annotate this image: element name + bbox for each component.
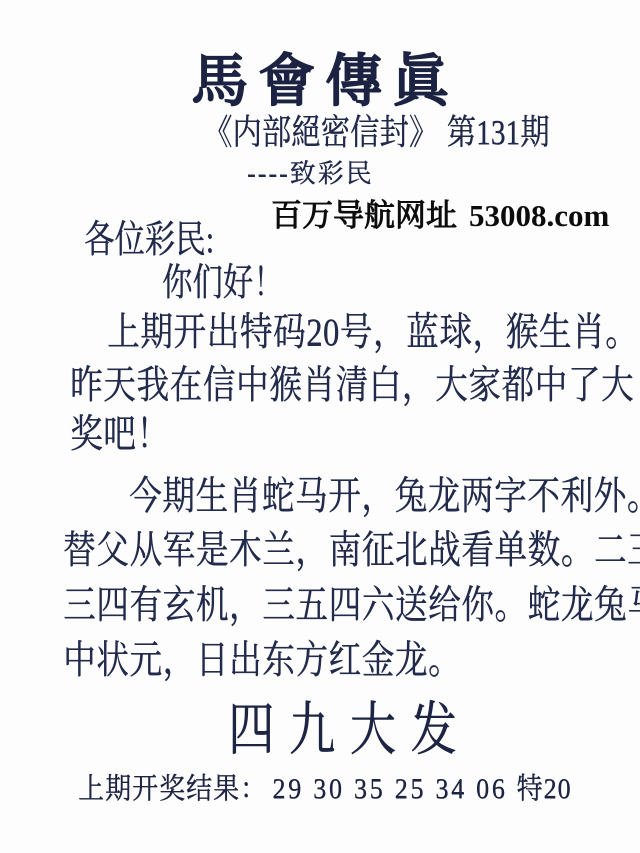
results-label: 上期开奖结果：: [78, 773, 267, 805]
fax-document: 馬會傳眞 《内部絕密信封》第131期 ----致彩民 百万导航网址53008.c…: [0, 0, 640, 853]
promo-site-url: 53008.com: [469, 198, 609, 233]
dedication-line: ----致彩民: [247, 153, 374, 190]
results-numbers: 29 30 35 25 34 06: [272, 773, 507, 805]
letter-paragraph1-line1: 上期开出特码20号，蓝球，猴生肖。: [107, 301, 638, 357]
letter-paragraph1-line2: 昨天我在信中猴肖清白，大家都中了大: [70, 354, 634, 410]
issue-number: 第131期: [447, 113, 550, 152]
slogan: 四九大发: [228, 682, 471, 766]
issue-line: 《内部絕密信封》第131期: [203, 105, 550, 155]
envelope-label: 《内部絕密信封》: [203, 113, 438, 152]
letter-paragraph2-line2: 替父从军是木兰，南征北战看单数。二三: [63, 519, 640, 575]
letter-paragraph1-line3: 奖吧！: [70, 403, 170, 459]
promo-site-label: 百万导航网址: [271, 198, 457, 233]
results-special-number: 特20: [517, 773, 572, 805]
promo-banner: 百万导航网址53008.com: [271, 190, 609, 235]
letter-paragraph2-line3: 三四有玄机，三五四六送给你。蛇龙兔马: [63, 574, 640, 630]
letter-paragraph2-line1: 今期生肖蛇马开，兔龙两字不利外。: [129, 465, 640, 521]
greeting-line: 你们好！: [162, 251, 284, 306]
last-draw-results-line: 上期开奖结果：29 30 35 25 34 06特20: [78, 766, 571, 807]
letter-paragraph2-line4: 中状元，日出东方红金龙。: [63, 629, 461, 685]
